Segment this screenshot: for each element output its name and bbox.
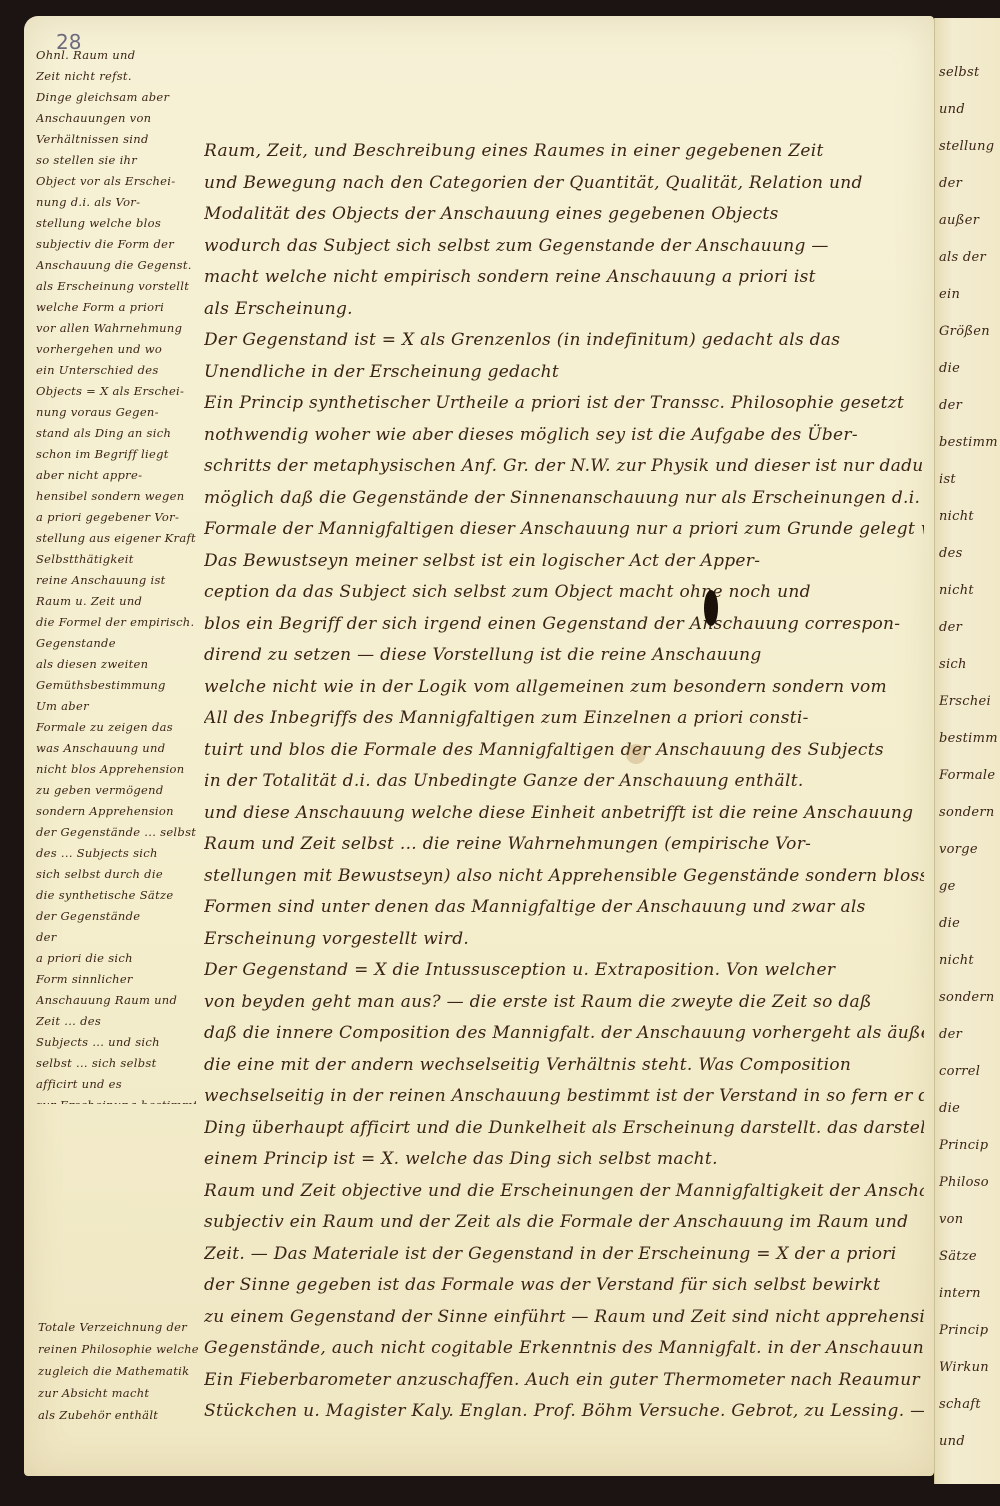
margin-note-line: Ohnl. Raum und [36, 44, 135, 66]
margin-note-line: die synthetische Sätze [36, 884, 173, 906]
margin-note-line: stellung welche blos [36, 212, 161, 234]
manuscript-line: dirend zu setzen — diese Vorstellung ist… [204, 638, 762, 672]
manuscript-line: wodurch das Subject sich selbst zum Gege… [204, 229, 829, 263]
margin-note-line: was Anschauung und [36, 737, 165, 759]
manuscript-line: tuirt und blos die Formale des Mannigfal… [204, 733, 884, 767]
main-text-body: Raum, Zeit, und Beschreibung eines Raume… [204, 134, 924, 1474]
margin-note-line: der Gegenstände ... selbst [36, 821, 196, 843]
manuscript-line: der Sinne gegeben ist das Formale was de… [204, 1268, 880, 1302]
margin-note-line: schon im Begriff liegt [36, 443, 169, 465]
bottom-note-line: zur Absicht macht [38, 1382, 149, 1404]
margin-note-line: reine Anschauung ist [36, 569, 166, 591]
margin-note-line: Objects = X als Erschei- [36, 380, 184, 402]
manuscript-line: Raum und Zeit selbst ... die reine Wahrn… [204, 827, 811, 861]
manuscript-line: Gegenstände, auch nicht cogitable Erkenn… [204, 1331, 924, 1365]
margin-note-line: vor allen Wahrnehmung [36, 317, 182, 339]
facing-page-line: von [939, 1205, 963, 1235]
margin-note-line: Zeit ... des [36, 1010, 101, 1032]
manuscript-line: einem Princip ist = X. welche das Ding s… [204, 1142, 718, 1176]
facing-page-line: ist [939, 465, 956, 495]
manuscript-line: als Erscheinung. [204, 292, 353, 326]
ink-blot [704, 590, 718, 626]
manuscript-line: und diese Anschauung welche diese Einhei… [204, 796, 913, 830]
manuscript-line: daß die innere Composition des Mannigfal… [204, 1016, 924, 1050]
facing-page-line: bestimm [939, 428, 998, 458]
manuscript-line: Stückchen u. Magister Kaly. Englan. Prof… [204, 1394, 924, 1428]
facing-page-line: der [939, 169, 962, 199]
manuscript-line: Der Gegenstand ist = X als Grenzenlos (i… [204, 323, 840, 357]
facing-page-line: und [939, 1427, 965, 1457]
margin-note-line: Verhältnissen sind [36, 128, 149, 150]
margin-note-line: sondern Apprehension [36, 800, 174, 822]
manuscript-line: wechselseitig in der reinen Anschauung b… [204, 1079, 924, 1113]
manuscript-line: Ein Fieberbarometer anzuschaffen. Auch e… [204, 1363, 924, 1397]
margin-note-line: Formale zu zeigen das [36, 716, 173, 738]
facing-page-line: sich [939, 650, 967, 680]
margin-note-line: a priori gegebener Vor- [36, 506, 179, 528]
facing-page-line: schaft [939, 1390, 981, 1420]
manuscript-line: nothwendig woher wie aber dieses möglich… [204, 418, 858, 452]
facing-page-fragment: selbstundstellungderaußerals dereinGröße… [934, 18, 1000, 1484]
facing-page-line: der [939, 613, 962, 643]
manuscript-line: blos ein Begriff der sich irgend einen G… [204, 607, 900, 641]
facing-page-line: Größen [939, 317, 990, 347]
facing-page-line: Sätze [939, 1242, 977, 1272]
manuscript-line: Formen sind unter denen das Mannigfaltig… [204, 890, 866, 924]
manuscript-line: zu einem Gegenstand der Sinne einführt —… [204, 1300, 924, 1334]
margin-note-line: nung d.i. als Vor- [36, 191, 140, 213]
margin-note-line: Anschauungen von [36, 107, 151, 129]
facing-page-line: des [939, 539, 963, 569]
manuscript-page: 28 Ohnl. Raum undZeit nicht refst.Dinge … [24, 16, 934, 1476]
facing-page-line: vorge [939, 835, 978, 865]
facing-page-line: bestimm [939, 724, 998, 754]
facing-page-line: Erschei [939, 687, 991, 717]
manuscript-line: Modalität des Objects der Anschauung ein… [204, 197, 779, 231]
facing-page-line: und [939, 95, 965, 125]
facing-page-line: der [939, 1020, 962, 1050]
facing-page-line: stellung [939, 132, 994, 162]
facing-page-line: Wirkun [939, 1353, 989, 1383]
margin-note-line: stand als Ding an sich [36, 422, 171, 444]
manuscript-line: Das Bewustseyn meiner selbst ist ein log… [204, 544, 760, 578]
margin-note-line: welche Form a priori [36, 296, 164, 318]
manuscript-line: und Bewegung nach den Categorien der Qua… [204, 166, 863, 200]
left-margin-notes: Ohnl. Raum undZeit nicht refst.Dinge gle… [36, 44, 196, 1104]
facing-page-line: correl [939, 1057, 980, 1087]
facing-page-line: Princip [939, 1316, 988, 1346]
margin-note-line: afficirt und es [36, 1073, 122, 1095]
margin-note-line: Um aber [36, 695, 89, 717]
manuscript-line: schritts der metaphysischen Anf. Gr. der… [204, 449, 924, 483]
margin-note-line: Selbstthätigkeit [36, 548, 134, 570]
facing-page-line: intern [939, 1279, 981, 1309]
bottom-note-line: reinen Philosophie welche [38, 1338, 199, 1360]
margin-note-line: aber nicht appre- [36, 464, 142, 486]
manuscript-line: Der Gegenstand = X die Intussusception u… [204, 953, 835, 987]
margin-note-line: Form sinnlicher [36, 968, 133, 990]
margin-note-line: der Gegenstände [36, 905, 140, 927]
manuscript-line: möglich daß die Gegenstände der Sinnenan… [204, 481, 924, 515]
bottom-margin-note: Totale Verzeichnung derreinen Philosophi… [38, 1316, 208, 1456]
margin-note-line: zur Erscheinung bestimmt. [36, 1094, 196, 1104]
paper-stain [626, 744, 646, 764]
margin-note-line: Subjects ... und sich [36, 1031, 160, 1053]
facing-page-line: die [939, 1094, 960, 1124]
margin-note-line: Object vor als Erschei- [36, 170, 175, 192]
margin-note-line: ein Unterschied des [36, 359, 159, 381]
margin-note-line: Dinge gleichsam aber [36, 86, 169, 108]
facing-page-line: der [939, 391, 962, 421]
manuscript-line: Raum, Zeit, und Beschreibung eines Raume… [204, 134, 824, 168]
facing-page-line: sondern [939, 798, 995, 828]
manuscript-line: Raum und Zeit objective und die Erschein… [204, 1174, 924, 1208]
manuscript-line: Ein Princip synthetischer Urtheile a pri… [204, 386, 904, 420]
facing-page-line: nicht [939, 946, 974, 976]
manuscript-line: ception da das Subject sich selbst zum O… [204, 575, 811, 609]
margin-note-line: als Erscheinung vorstellt [36, 275, 189, 297]
manuscript-line: Zeit. — Das Materiale ist der Gegenstand… [204, 1237, 896, 1271]
manuscript-line: die eine mit der andern wechselseitig Ve… [204, 1048, 851, 1082]
manuscript-line: Formale der Mannigfaltigen dieser Anscha… [204, 512, 924, 546]
margin-note-line: zu geben vermögend [36, 779, 163, 801]
facing-page-line: außer [939, 206, 979, 236]
manuscript-line: subjectiv ein Raum und der Zeit als die … [204, 1205, 908, 1239]
margin-note-line: Anschauung die Gegenst. [36, 254, 192, 276]
margin-note-line: sich selbst durch die [36, 863, 163, 885]
manuscript-line: Unendliche in der Erscheinung gedacht [204, 355, 559, 389]
facing-page-line: selbst [939, 58, 980, 88]
margin-note-line: Anschauung Raum und [36, 989, 177, 1011]
facing-page-line: ein [939, 280, 960, 310]
facing-page-text: selbstundstellungderaußerals dereinGröße… [939, 58, 1000, 1498]
manuscript-line: von beyden geht man aus? — die erste ist… [204, 985, 872, 1019]
bottom-note-line: zugleich die Mathematik [38, 1360, 189, 1382]
facing-page-line: als der [939, 243, 986, 273]
margin-note-line: die Formel der empirisch. [36, 611, 194, 633]
margin-note-line: Zeit nicht refst. [36, 65, 132, 87]
margin-note-line: Gegenstande [36, 632, 116, 654]
margin-note-line: subjectiv die Form der [36, 233, 174, 255]
facing-page-line: nicht [939, 576, 974, 606]
bottom-note-line: als Zubehör enthält [38, 1404, 158, 1426]
facing-page-line: die [939, 909, 960, 939]
facing-page-line: ge [939, 872, 956, 902]
facing-page-line: die [939, 354, 960, 384]
margin-note-line: a priori die sich [36, 947, 133, 969]
margin-note-line: Gemüthsbestimmung [36, 674, 166, 696]
margin-note-line: Raum u. Zeit und [36, 590, 142, 612]
margin-note-line: der [36, 926, 57, 948]
facing-page-line: sondern [939, 983, 995, 1013]
margin-note-line: hensibel sondern wegen [36, 485, 184, 507]
margin-note-line: als diesen zweiten [36, 653, 148, 675]
manuscript-line: All des Inbegriffs des Mannigfaltigen zu… [204, 701, 809, 735]
manuscript-line: Ding überhaupt afficirt und die Dunkelhe… [204, 1111, 924, 1145]
margin-note-line: vorhergehen und wo [36, 338, 162, 360]
margin-note-line: nung voraus Gegen- [36, 401, 159, 423]
margin-note-line: so stellen sie ihr [36, 149, 137, 171]
manuscript-line: macht welche nicht empirisch sondern rei… [204, 260, 816, 294]
margin-note-line: nicht blos Apprehension [36, 758, 185, 780]
facing-page-line: nicht [939, 502, 974, 532]
margin-note-line: selbst ... sich selbst [36, 1052, 157, 1074]
manuscript-line: Erscheinung vorgestellt wird. [204, 922, 469, 956]
manuscript-line: in der Totalität d.i. das Unbedingte Gan… [204, 764, 804, 798]
facing-page-line: Formale [939, 761, 995, 791]
facing-page-line: Princip [939, 1131, 988, 1161]
facing-page-line: Philoso [939, 1168, 989, 1198]
bottom-note-line: Totale Verzeichnung der [38, 1316, 187, 1338]
manuscript-line: stellungen mit Bewustseyn) also nicht Ap… [204, 859, 924, 893]
margin-note-line: des ... Subjects sich [36, 842, 158, 864]
manuscript-line: welche nicht wie in der Logik vom allgem… [204, 670, 887, 704]
margin-note-line: stellung aus eigener Kraft [36, 527, 196, 549]
